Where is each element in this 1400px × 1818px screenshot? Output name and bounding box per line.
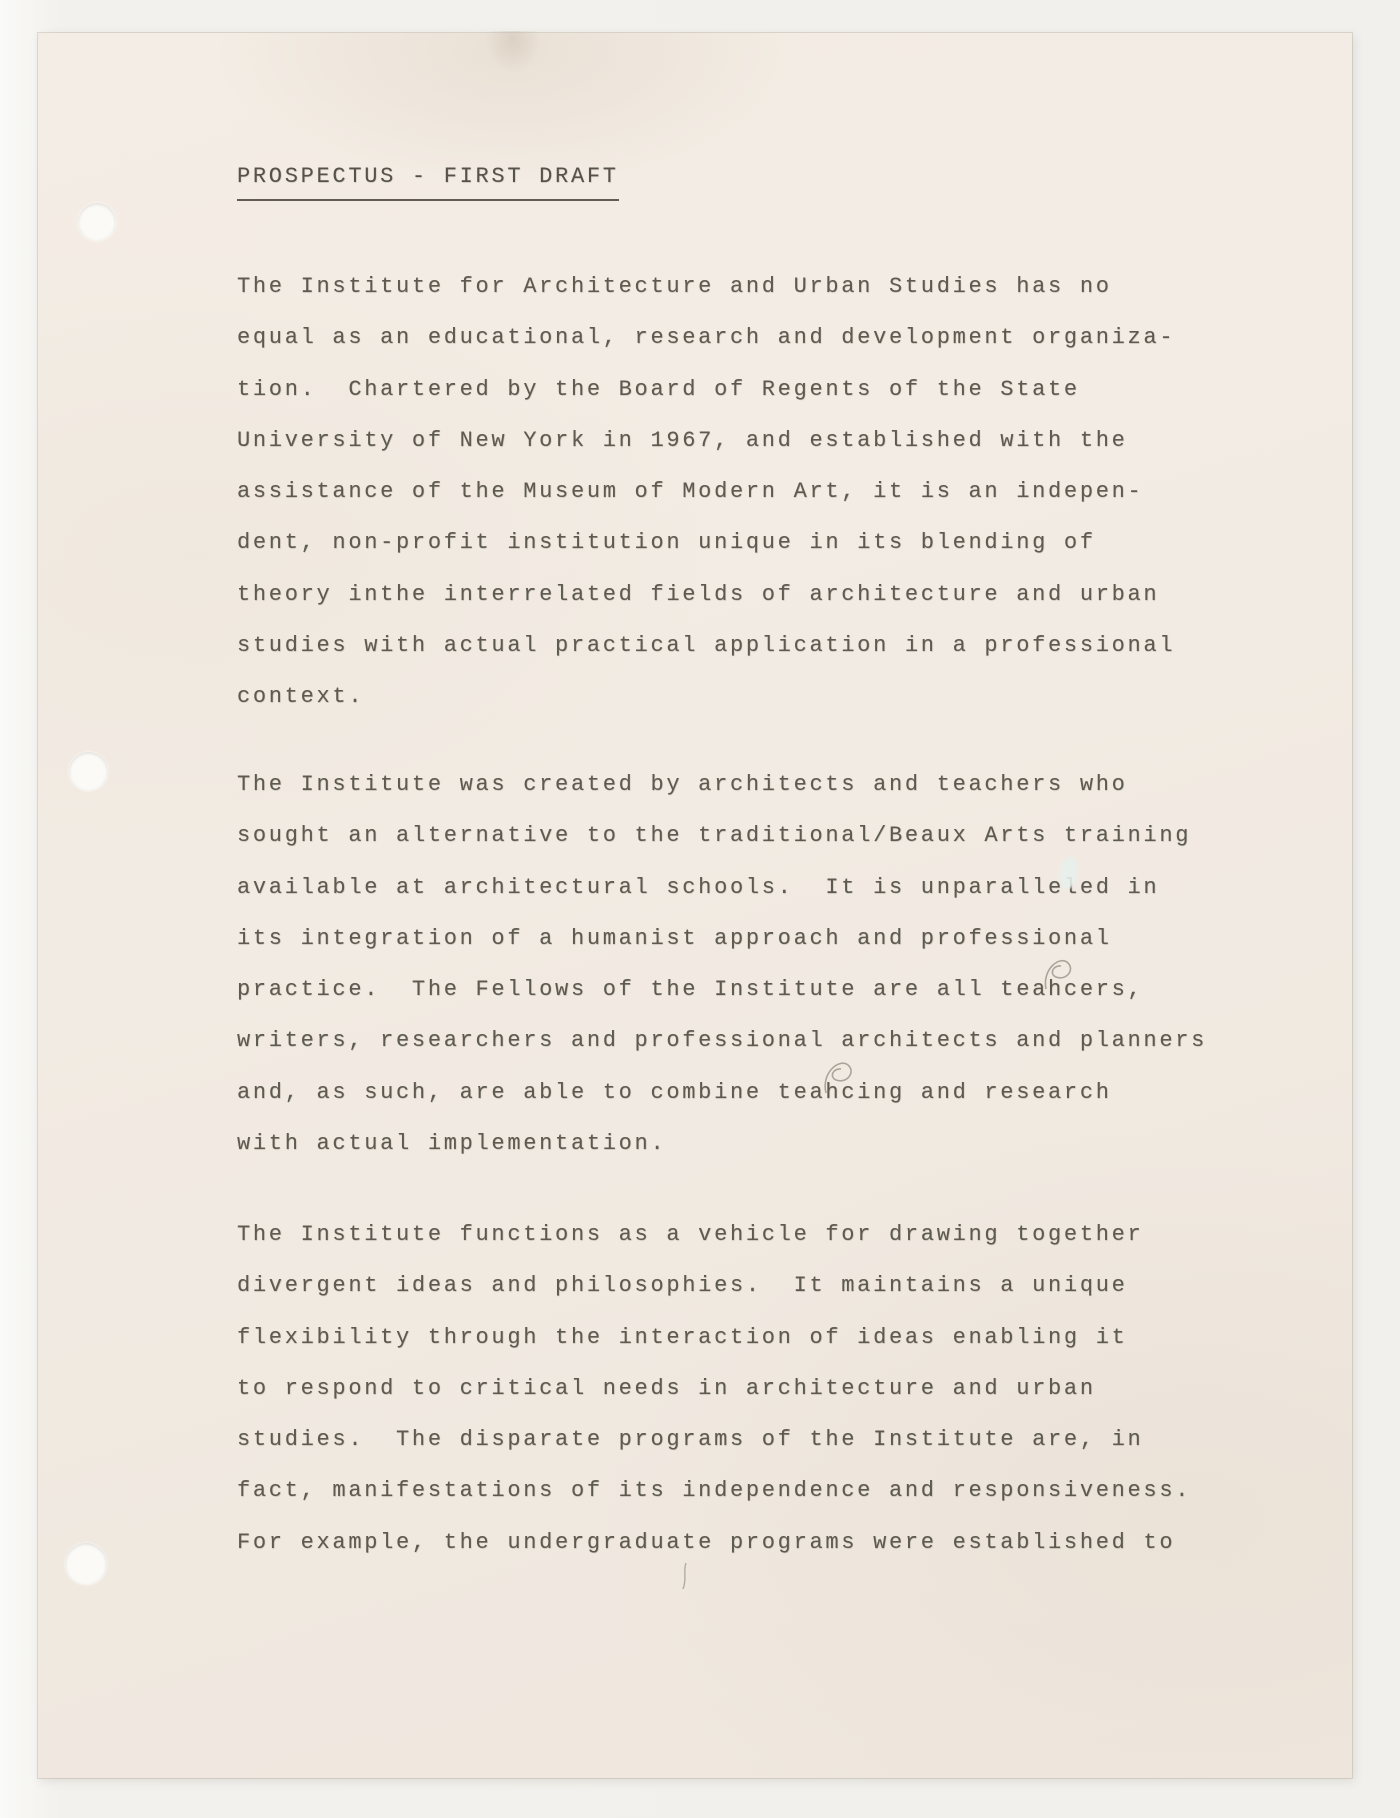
scanned-document: PROSPECTUS - FIRST DRAFT The Institute f… [0, 0, 1400, 1818]
text-line: The Institute functions as a vehicle for… [237, 1209, 1191, 1260]
text-line: equal as an educational, research and de… [237, 312, 1175, 363]
paragraph-3: The Institute functions as a vehicle for… [237, 1209, 1191, 1568]
paper-sheet: PROSPECTUS - FIRST DRAFT The Institute f… [38, 33, 1352, 1778]
text-line: with actual implementation. [237, 1118, 1207, 1169]
text-line: and, as such, are able to combine teahci… [237, 1067, 1207, 1118]
text-line: For example, the undergraduate programs … [237, 1517, 1191, 1568]
text-line: practice. The Fellows of the Institute a… [237, 964, 1207, 1015]
punch-hole [78, 203, 116, 241]
paper-smudge [468, 31, 558, 101]
text-line: sought an alternative to the traditional… [237, 810, 1207, 861]
text-line: studies. The disparate programs of the I… [237, 1414, 1191, 1465]
text-line: writers, researchers and professional ar… [237, 1015, 1207, 1066]
text-line: The Institute for Architecture and Urban… [237, 261, 1175, 312]
text-line: University of New York in 1967, and esta… [237, 415, 1175, 466]
text-line: available at architectural schools. It i… [237, 862, 1207, 913]
text-line: tion. Chartered by the Board of Regents … [237, 364, 1175, 415]
paragraph-1: The Institute for Architecture and Urban… [237, 261, 1175, 723]
text-line: fact, manifestations of its independence… [237, 1465, 1191, 1516]
text-line: to respond to critical needs in architec… [237, 1363, 1191, 1414]
text-line: assistance of the Museum of Modern Art, … [237, 466, 1175, 517]
document-title: PROSPECTUS - FIRST DRAFT [237, 151, 619, 202]
text-line: studies with actual practical applicatio… [237, 620, 1175, 671]
punch-hole [65, 1543, 107, 1585]
text-line: dent, non-profit institution unique in i… [237, 517, 1175, 568]
punch-hole [69, 752, 108, 791]
text-line: flexibility through the interaction of i… [237, 1312, 1191, 1363]
paragraph-2: The Institute was created by architects … [237, 759, 1207, 1169]
text-line: its integration of a humanist approach a… [237, 913, 1207, 964]
text-line: context. [237, 671, 1175, 722]
title-text: PROSPECTUS - FIRST DRAFT [237, 162, 619, 201]
text-line: The Institute was created by architects … [237, 759, 1207, 810]
text-line: divergent ideas and philosophies. It mai… [237, 1260, 1191, 1311]
text-line: theory inthe interrelated fields of arch… [237, 569, 1175, 620]
